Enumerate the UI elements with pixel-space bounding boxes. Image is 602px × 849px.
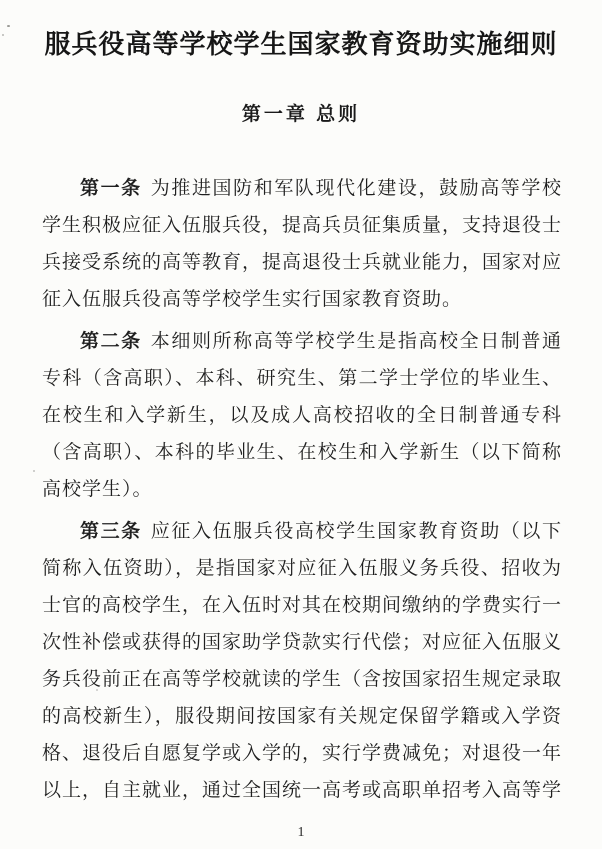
article-text: 应征入伍服兵役高校学生国家教育资助（以下简称入伍资助），是指国家对应征入伍服义务… — [42, 521, 562, 801]
article-paragraph: 第二条本细则所称高等学校学生是指高校全日制普通专科（含高职）、本科、研究生、第二… — [42, 323, 562, 508]
scan-speck — [7, 25, 10, 27]
document-page: 服兵役高等学校学生国家教育资助实施细则 第一章 总则 第一条为推进国防和军队现代… — [0, 0, 602, 849]
article-paragraph: 第三条应征入伍服兵役高校学生国家教育资助（以下简称入伍资助），是指国家对应征入伍… — [42, 513, 562, 809]
article-label: 第二条 — [80, 331, 142, 352]
scan-speck — [33, 470, 35, 472]
document-title: 服兵役高等学校学生国家教育资助实施细则 — [28, 26, 574, 64]
article-paragraph: 第一条为推进国防和军队现代化建设，鼓励高等学校学生积极应征入伍服兵役，提高兵员征… — [42, 170, 562, 318]
chapter-heading: 第一章 总则 — [0, 104, 602, 126]
scan-speck — [2, 34, 4, 36]
article-label: 第一条 — [80, 178, 142, 199]
scan-speck — [96, 689, 98, 691]
article-label: 第三条 — [80, 521, 142, 542]
article-text: 本细则所称高等学校学生是指高校全日制普通专科（含高职）、本科、研究生、第二学士学… — [42, 331, 562, 500]
document-body: 第一条为推进国防和军队现代化建设，鼓励高等学校学生积极应征入伍服兵役，提高兵员征… — [42, 170, 562, 809]
page-number: 1 — [0, 825, 602, 841]
